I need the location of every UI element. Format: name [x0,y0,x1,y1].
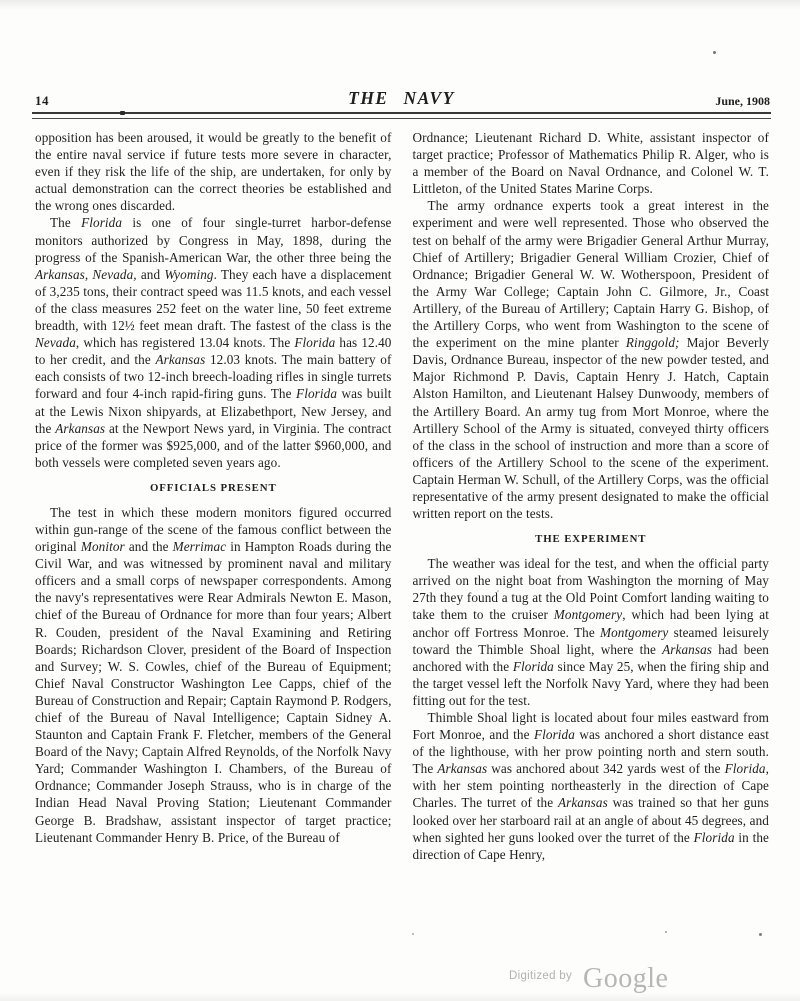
scan-speck [759,933,762,936]
journal-title: THE NAVY [33,88,770,109]
right-column: Ordnance; Lieutenant Richard D. White, a… [413,129,770,863]
scan-speck [412,933,414,935]
digitized-by-label: Digitized by [509,970,572,982]
paragraph: The test in which these modern monitors … [35,504,392,846]
section-heading-the-experiment: THE EXPERIMENT [413,533,770,545]
section-heading-officials-present: OFFICIALS PRESENT [35,482,392,494]
header-rule [32,112,771,119]
scan-artifact [120,111,125,115]
scan-speck [713,51,716,54]
paragraph: The Florida is one of four single-turret… [35,214,392,470]
issue-date: June, 1908 [715,94,770,109]
paragraph: Ordnance; Lieutenant Richard D. White, a… [413,129,770,197]
digitization-watermark: Digitized by Google [509,963,668,995]
google-logo: Google [583,963,668,994]
paragraph: opposition has been aroused, it would be… [35,129,392,214]
paragraph: The weather was ideal for the test, and … [413,555,770,709]
left-column: opposition has been aroused, it would be… [35,129,392,863]
scanned-page: 14 THE NAVY June, 1908 opposition has be… [0,0,800,1001]
scan-speck [665,931,667,933]
paragraph: The army ordnance experts took a great i… [413,197,770,522]
page-header: 14 THE NAVY June, 1908 [33,88,770,112]
article-body: opposition has been aroused, it would be… [35,129,769,863]
paragraph: Thimble Shoal light is located about fou… [413,709,770,863]
